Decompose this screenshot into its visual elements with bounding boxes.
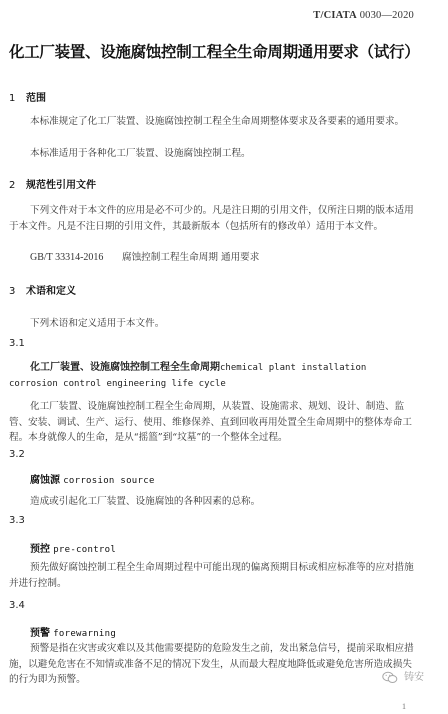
reference-name: 腐蚀控制工程生命周期 通用要求 <box>122 252 259 263</box>
section-title: 术语和定义 <box>26 286 76 297</box>
section-number: 3 <box>9 286 26 297</box>
definition-3-3: 预先做好腐蚀控制工程全生命周期过程中可能出现的偏离预期目标或相应标准等的应对措施… <box>9 560 419 591</box>
term-en: corrosion source <box>63 476 155 486</box>
document-title: 化工厂装置、设施腐蚀控制工程全生命周期通用要求（试行） <box>9 40 419 62</box>
clause-number: 3.3 <box>9 515 25 526</box>
standard-prefix: T/CIATA <box>313 10 357 21</box>
section-2-para-1: 下列文件对于本文件的应用是必不可少的。凡是注日期的引用文件，仅所注日期的版本适用… <box>9 203 419 234</box>
reference-code: GB/T 33314-2016 <box>30 252 122 263</box>
term-3-4: 预警 forewarning <box>30 624 116 639</box>
term-zh: 预警 <box>30 628 50 639</box>
watermark-text: 铸安 <box>404 672 424 683</box>
section-number: 1 <box>9 93 26 104</box>
section-title: 规范性引用文件 <box>26 180 96 191</box>
clause-number: 3.1 <box>9 338 25 349</box>
term-zh: 腐蚀源 <box>30 475 60 486</box>
definition-3-2: 造成或引起化工厂装置、设施腐蚀的各种因素的总称。 <box>9 494 419 510</box>
term-en: pre-control <box>53 545 116 555</box>
standard-code: 0030—2020 <box>360 10 414 21</box>
term-zh: 预控 <box>30 544 50 555</box>
watermark: 铸安 <box>382 668 424 684</box>
section-title: 范围 <box>26 93 46 104</box>
page-number: 1 <box>402 702 406 711</box>
term-3-3: 预控 pre-control <box>30 540 116 555</box>
term-en: forewarning <box>53 629 116 639</box>
section-3-intro: 下列术语和定义适用于本文件。 <box>9 316 419 332</box>
term-3-2: 腐蚀源 corrosion source <box>30 471 155 486</box>
standard-number: T/CIATA 0030—2020 <box>313 10 414 21</box>
section-1-heading: 1范围 <box>9 89 46 104</box>
clause-number: 3.4 <box>9 600 25 611</box>
wechat-icon <box>382 672 404 683</box>
section-3-heading: 3术语和定义 <box>9 282 76 297</box>
definition-3-1: 化工厂装置、设施腐蚀控制工程全生命周期，从装置、设施需求、规划、设计、制造、监管… <box>9 399 419 446</box>
section-2-heading: 2规范性引用文件 <box>9 176 96 191</box>
section-number: 2 <box>9 180 26 191</box>
term-3-1: 化工厂装置、设施腐蚀控制工程全生命周期chemical plant instal… <box>9 360 419 392</box>
clause-number: 3.2 <box>9 449 25 460</box>
term-zh: 化工厂装置、设施腐蚀控制工程全生命周期 <box>30 362 220 373</box>
normative-reference: GB/T 33314-2016腐蚀控制工程生命周期 通用要求 <box>30 249 259 263</box>
section-1-para-2: 本标准适用于各种化工厂装置、设施腐蚀控制工程。 <box>9 146 419 162</box>
definition-3-4: 预警是指在灾害或灾难以及其他需要提防的危险发生之前，发出紧急信号，提前采取相应措… <box>9 641 419 688</box>
section-1-para-1: 本标准规定了化工厂装置、设施腐蚀控制工程全生命周期整体要求及各要素的通用要求。 <box>9 114 419 130</box>
